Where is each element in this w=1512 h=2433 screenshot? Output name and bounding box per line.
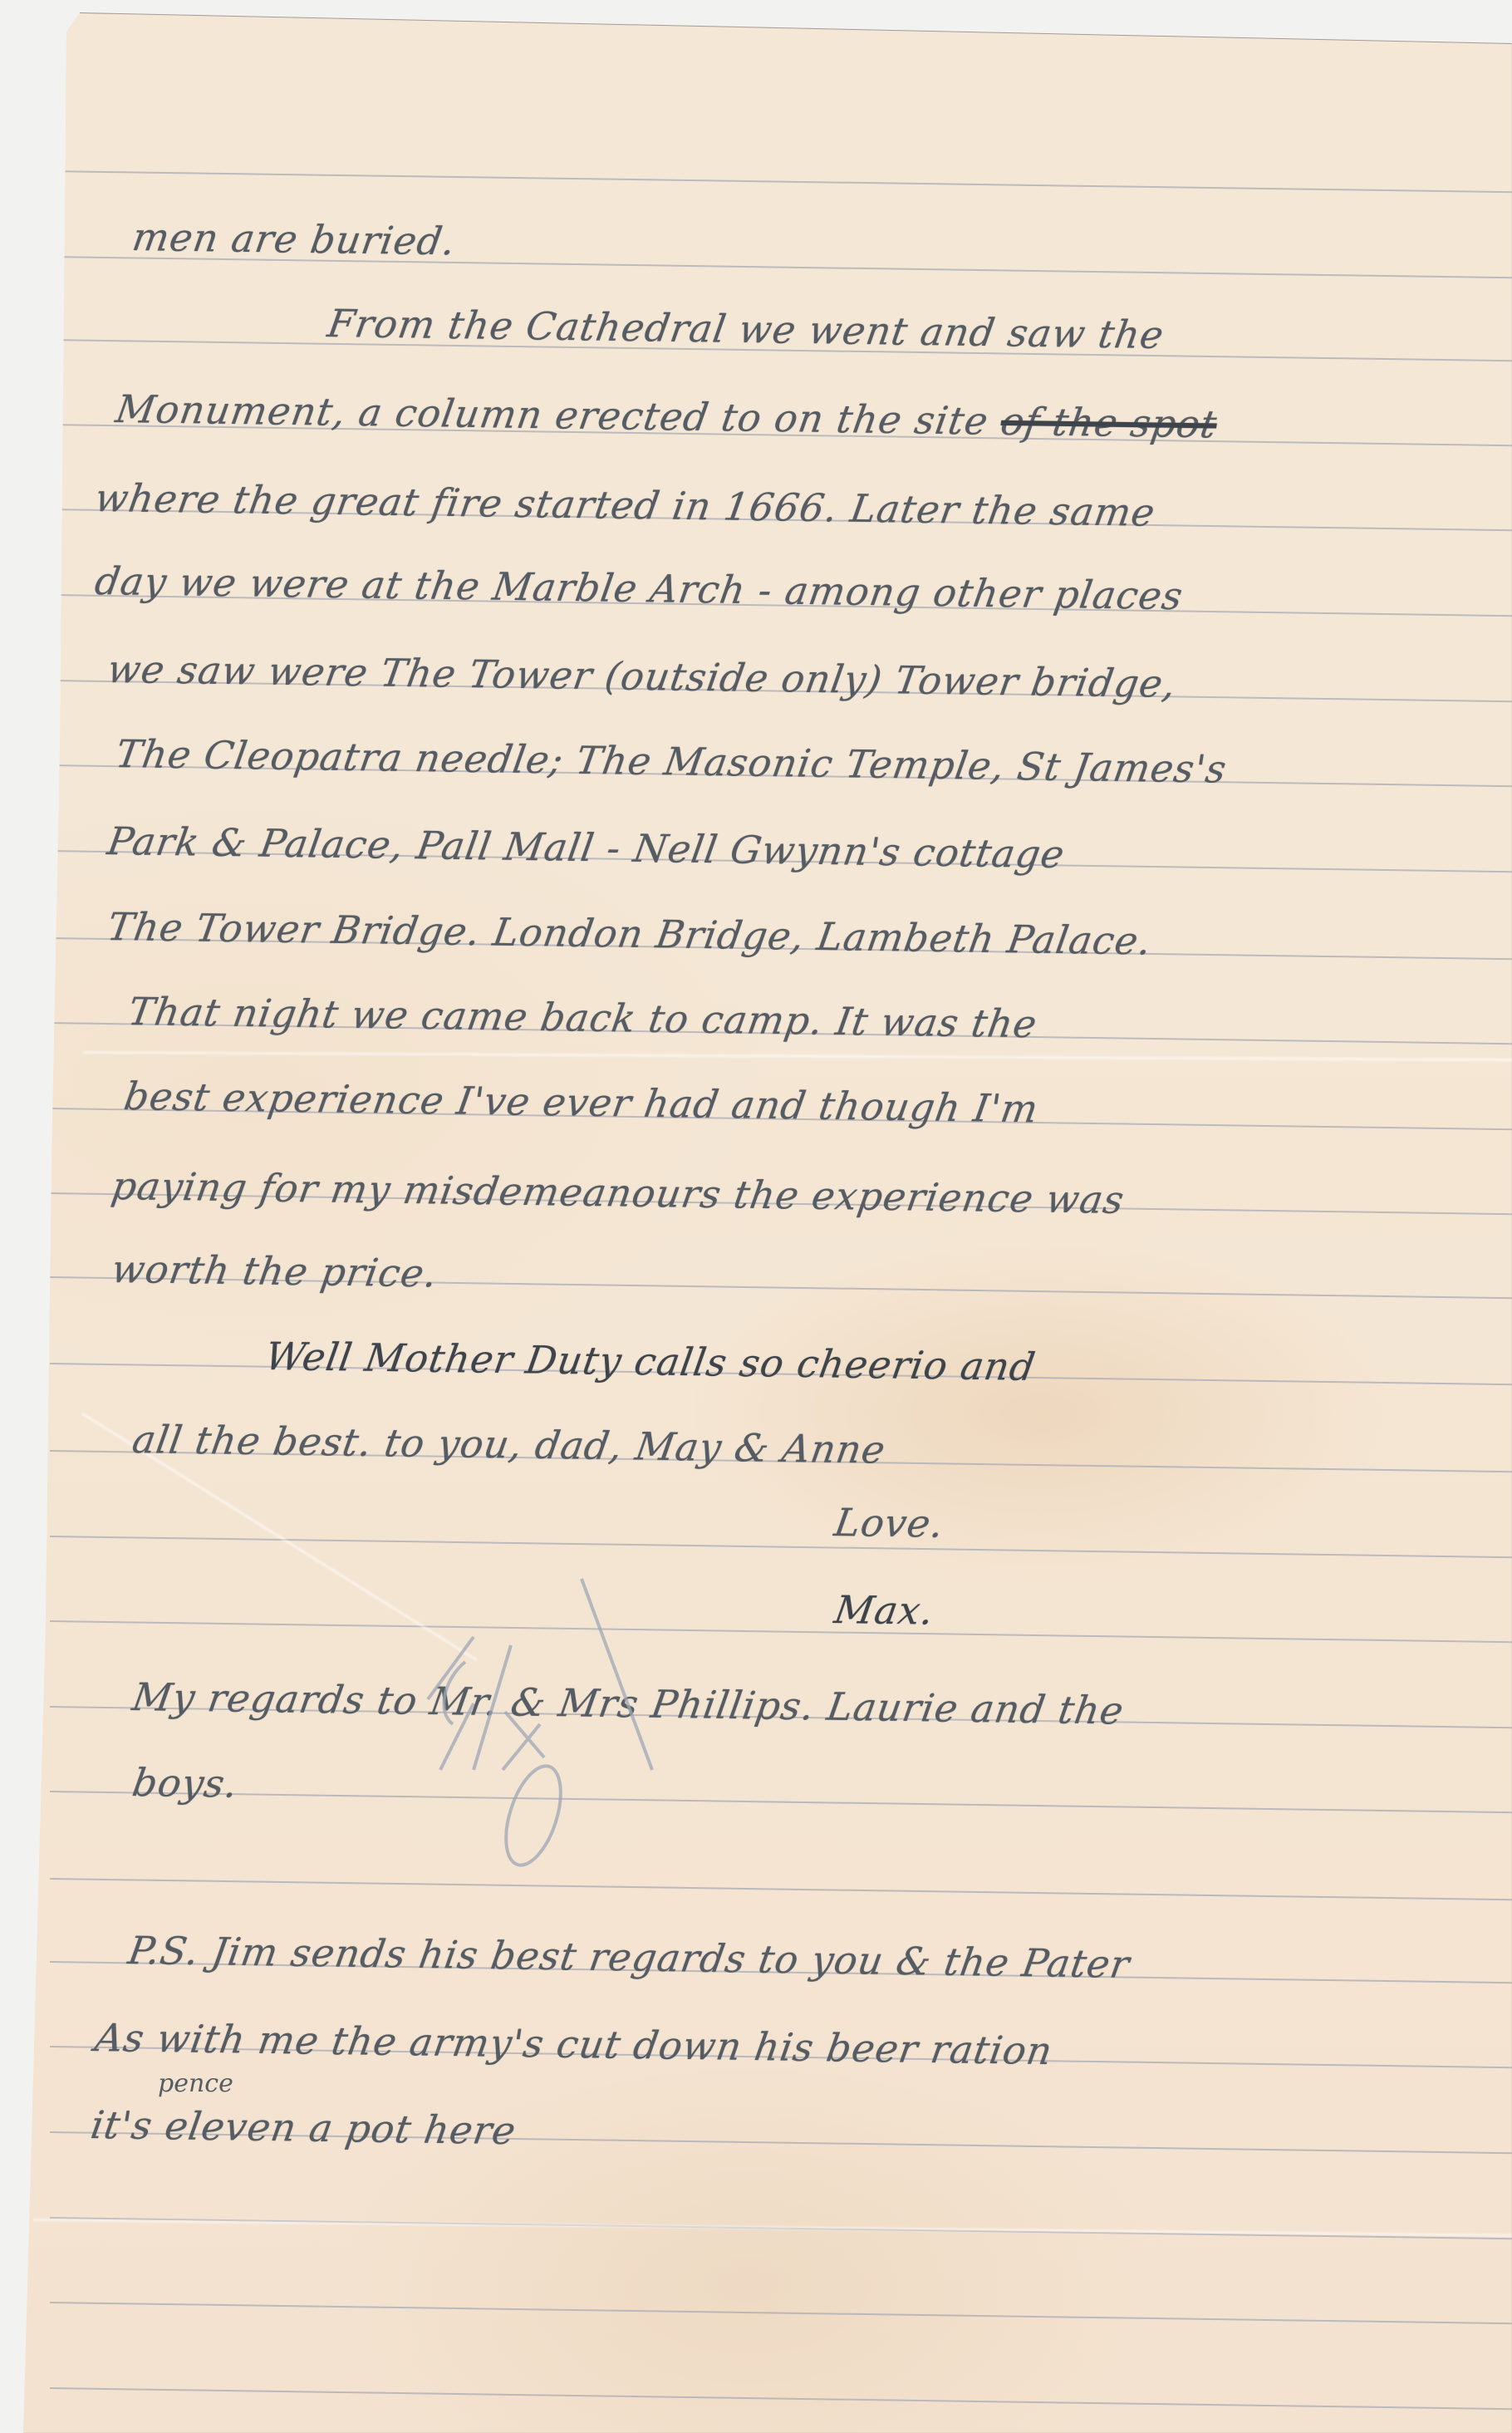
letter-line: men are buried. [130,214,459,263]
paper-crease [33,2219,1512,2237]
ruled-line [50,170,1512,193]
ruled-line [50,1791,1512,1813]
postscript-line: it's eleven a pot here [88,2102,519,2153]
ruled-line [50,2387,1512,2410]
letter-closing: Love. [832,1500,947,1546]
scanned-letter: men are buried. From the Cathedral we we… [0,0,1512,2433]
inserted-word: pence [158,2069,233,2098]
ruled-line [50,1536,1512,1558]
paper-crease [83,1051,1512,1061]
struck-out-text: of the spot [998,399,1220,447]
letter-line: boys. [130,1760,242,1806]
ruled-line [50,2302,1512,2324]
ruled-line [50,1878,1512,1900]
letter-signature: Max. [832,1587,937,1634]
letter-line: worth the price. [109,1246,441,1295]
paper-top-edge [80,12,1512,44]
ruled-line [50,1620,1512,1643]
